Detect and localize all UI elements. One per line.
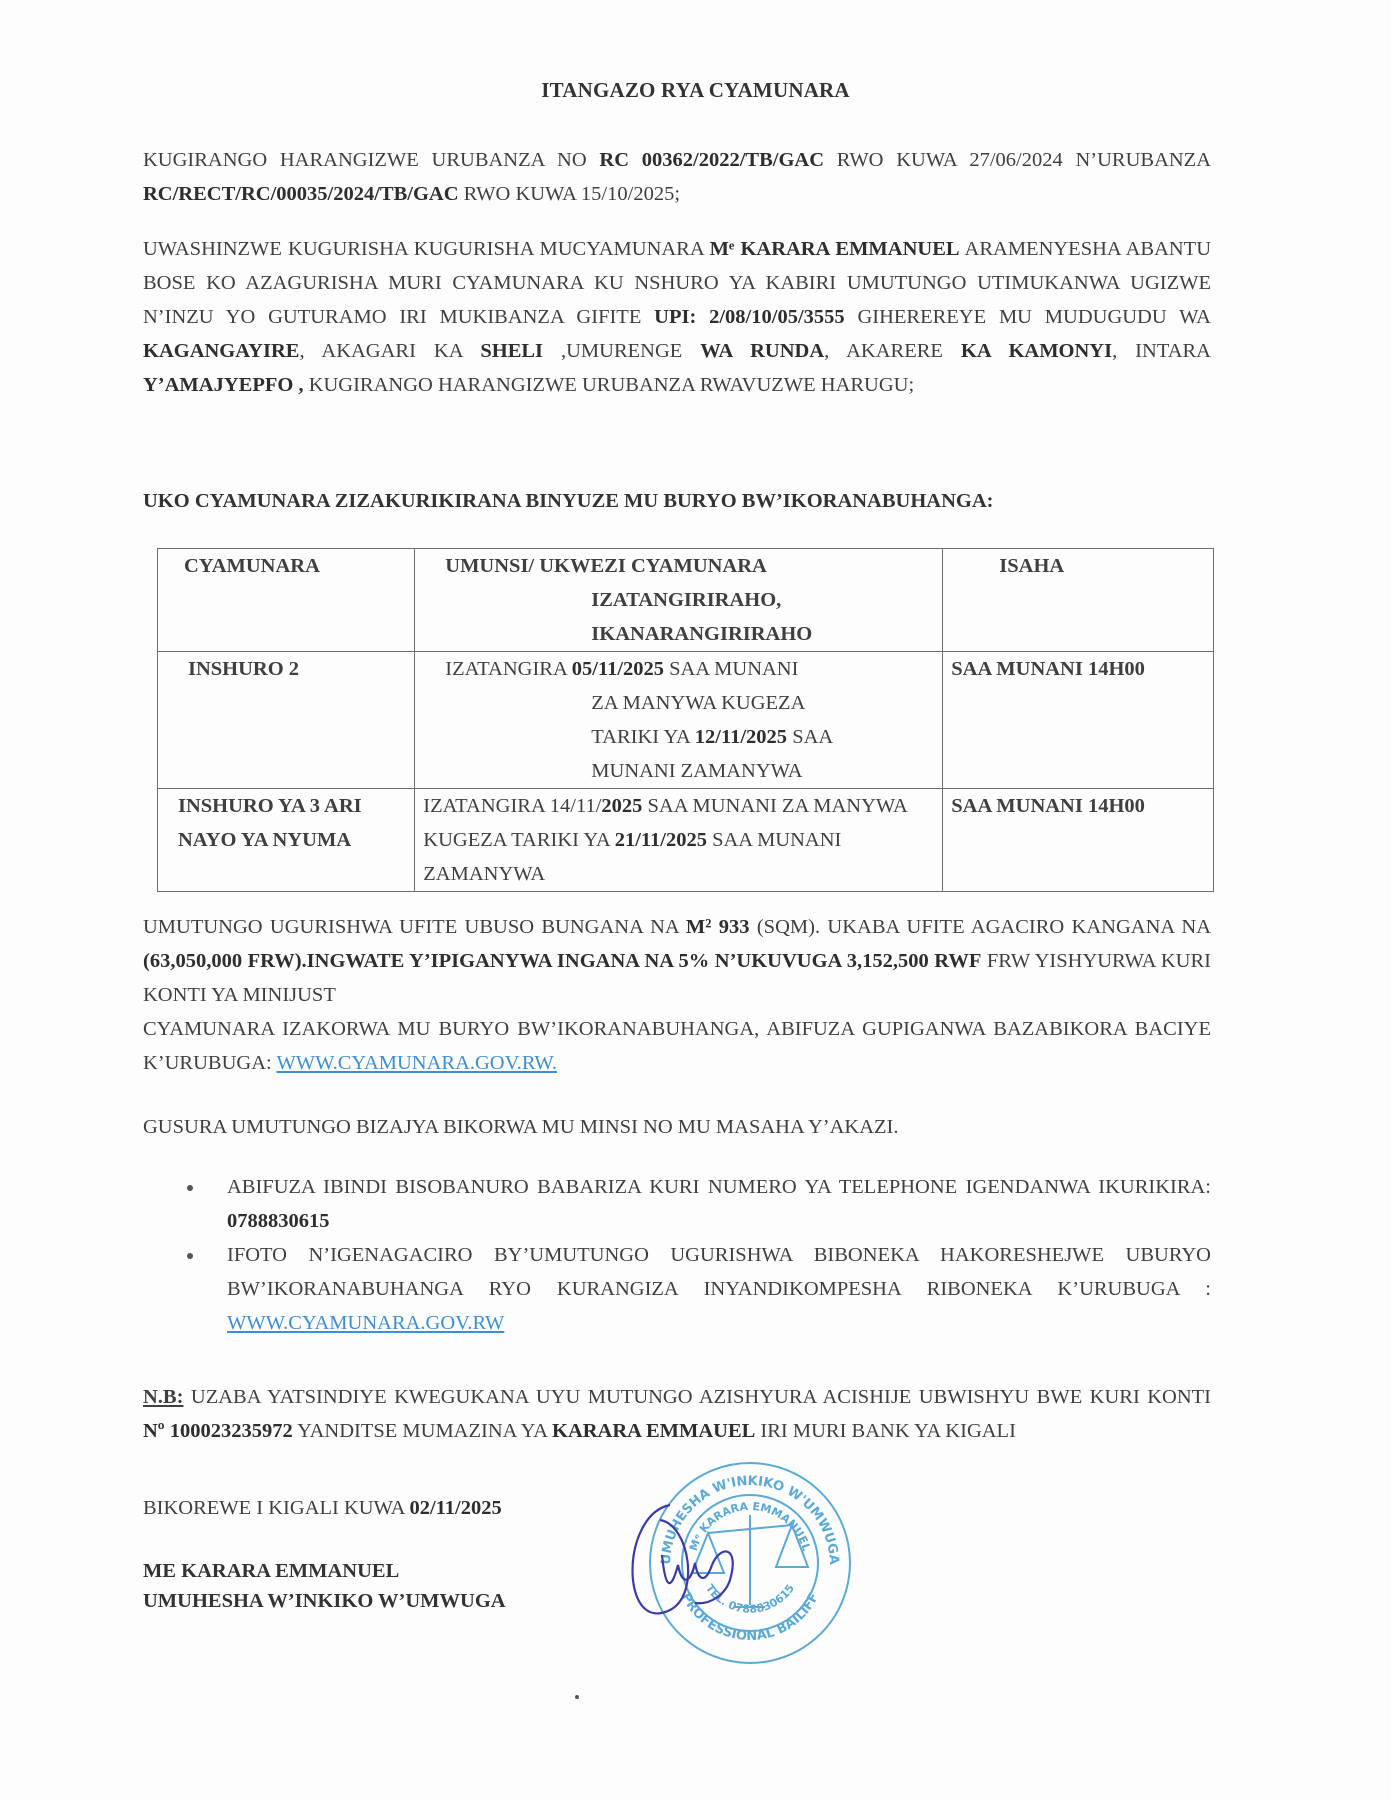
header-dates: UMUNSI/ UKWEZI CYAMUNARA IZATANGIRIRAHO,… [415,549,943,652]
announcement-text: ,UMURENGE [543,340,700,362]
announcement-text: , INTARA [1112,340,1211,362]
end-date: 12/11/2025 [695,726,787,748]
bailiff-name: Mᵉ KARARA EMMANUEL [710,238,960,260]
nb-text: IRI MURI BANK YA KIGALI [755,1420,1016,1442]
schedule-heading: UKO CYAMUNARA ZIZAKURIKIRANA BINYUZE MU … [143,490,993,513]
bullet-icon [187,1185,193,1191]
cyamunara-link[interactable]: WWW.CYAMUNARA.GOV.RW [227,1312,504,1334]
cell-text: INSHURO 2 [166,658,299,680]
phone-number: 0788830615 [227,1210,330,1232]
table-row: INSHURO 2 IZATANGIRA 05/11/2025 SAA MUNA… [158,652,1214,789]
document-title: ITANGAZO RYA CYAMUNARA [0,78,1391,103]
intro-paragraph: KUGIRANGO HARANGIZWE URUBANZA NO RC 0036… [143,143,1211,211]
nb-text: YANDITSE MUMAZINA YA [293,1420,552,1442]
bullet-icon [187,1253,193,1259]
cell-text: IZATANGIRA 14/11/ [423,795,601,817]
intro-text: KUGIRANGO HARANGIZWE URUBANZA NO [143,149,599,171]
district-name: KA KAMONYI [961,340,1112,362]
header-label: IZATANGIRIRAHO, [423,583,934,617]
auction-schedule-table: CYAMUNARA UMUNSI/ UKWEZI CYAMUNARA IZATA… [157,548,1214,892]
auction-dates: IZATANGIRA 14/11/2025 SAA MUNANI ZA MANY… [415,789,943,892]
signer-block: ME KARARA EMMANUEL UMUHESHA W’INKIKO W’U… [143,1556,506,1616]
table-row: INSHURO YA 3 ARI NAYO YA NYUMA IZATANGIR… [158,789,1214,892]
province-name: Y’AMAJYEPFO , [143,374,304,396]
cell-text: IZATANGIRA [445,658,571,680]
property-text: (SQM). UKABA UFITE AGACIRO KANGANA NA [750,916,1211,938]
start-date: 2025 [601,795,642,817]
upi-number: UPI: 2/08/10/05/3555 [654,306,844,328]
sign-text: BIKOREWE I KIGALI KUWA [143,1497,409,1519]
intro-text: RWO KUWA 15/10/2025; [459,183,681,205]
nb-text: UZABA YATSINDIYE KWEGUKANA UYU MUTUNGO A… [183,1386,1211,1408]
auction-notice-page: ITANGAZO RYA CYAMUNARA KUGIRANGO HARANGI… [0,0,1391,1800]
cell-text: TARIKI YA [591,726,695,748]
header-label: CYAMUNARA [166,555,320,577]
official-stamp-icon: UMUHESHA W'INKIKO W'UMWUGA Mᵉ KARARA EMM… [600,1445,890,1675]
list-text: IFOTO N’IGENAGACIRO BY’UMUTUNGO UGURISHW… [227,1244,1211,1300]
announcement-text: KUGIRANGO HARANGIZWE URUBANZA RWAVUZWE H… [304,374,915,396]
header-auction: CYAMUNARA [158,549,415,652]
signing-place-date: BIKOREWE I KIGALI KUWA 02/11/2025 [143,1497,502,1520]
cell-name: SHELI [480,340,543,362]
signing-date: 02/11/2025 [409,1497,501,1519]
info-list: ABIFUZA IBINDI BISOBANURO BABARIZA KURI … [143,1170,1211,1340]
list-item: ABIFUZA IBINDI BISOBANURO BABARIZA KURI … [143,1170,1211,1238]
cell-text: MUNANI ZAMANYWA [423,754,934,788]
start-date: 05/11/2025 [572,658,664,680]
cyamunara-link[interactable]: WWW.CYAMUNARA.GOV.RW. [276,1052,557,1074]
case-number-1: RC 00362/2022/TB/GAC [599,149,824,171]
property-value: (63,050,000 FRW).INGWATE Y’IPIGANYWA ING… [143,950,981,972]
announcement-paragraph: UWASHINZWE KUGURISHA KUGURISHA MUCYAMUNA… [143,232,1211,402]
property-paragraph: UMUTUNGO UGURISHWA UFITE UBUSO BUNGANA N… [143,910,1211,1080]
auction-time: SAA MUNANI 14H00 [943,789,1214,892]
header-label: ISAHA [951,555,1064,577]
cell-text: SAA [787,726,833,748]
property-text: UMUTUNGO UGURISHWA UFITE UBUSO BUNGANA N… [143,916,686,938]
account-number: Nº 100023235972 [143,1420,293,1442]
property-area: M² 933 [686,916,750,938]
auction-time: SAA MUNANI 14H00 [943,652,1214,789]
sector-name: WA RUNDA [700,340,824,362]
signer-role: UMUHESHA W’INKIKO W’UMWUGA [143,1586,506,1616]
auction-dates: IZATANGIRA 05/11/2025 SAA MUNANI ZA MANY… [415,652,943,789]
auction-round: INSHURO 2 [158,652,415,789]
signer-name: ME KARARA EMMANUEL [143,1556,506,1586]
announcement-text: GIHEREREYE MU MUDUGUDU WA [845,306,1211,328]
announcement-text: , AKAGARI KA [299,340,480,362]
table-header-row: CYAMUNARA UMUNSI/ UKWEZI CYAMUNARA IZATA… [158,549,1214,652]
header-label: UMUNSI/ UKWEZI CYAMUNARA [423,549,934,583]
cell-text: SAA MUNANI [664,658,798,680]
header-time: ISAHA [943,549,1214,652]
nb-label: N.B: [143,1386,183,1408]
header-label: IKANARANGIRIRAHO [423,617,934,651]
case-number-2: RC/RECT/RC/00035/2024/TB/GAC [143,183,459,205]
end-date: 21/11/2025 [615,829,707,851]
announcement-text: , AKARERE [824,340,961,362]
nb-paragraph: N.B: UZABA YATSINDIYE KWEGUKANA UYU MUTU… [143,1380,1211,1448]
intro-text: RWO KUWA 27/06/2024 N’URUBANZA [824,149,1211,171]
visit-notice: GUSURA UMUTUNGO BIZAJYA BIKORWA MU MINSI… [143,1110,1211,1144]
account-holder: KARARA EMMAUEL [552,1420,755,1442]
cell-text: INSHURO YA 3 ARI NAYO YA NYUMA [166,789,406,857]
auction-round: INSHURO YA 3 ARI NAYO YA NYUMA [158,789,415,892]
village-name: KAGANGAYIRE [143,340,299,362]
cell-text: ZA MANYWA KUGEZA [423,686,934,720]
list-text: ABIFUZA IBINDI BISOBANURO BABARIZA KURI … [227,1176,1211,1198]
announcement-text: UWASHINZWE KUGURISHA KUGURISHA MUCYAMUNA… [143,238,710,260]
scan-speck [575,1695,579,1699]
list-item: IFOTO N’IGENAGACIRO BY’UMUTUNGO UGURISHW… [143,1238,1211,1340]
